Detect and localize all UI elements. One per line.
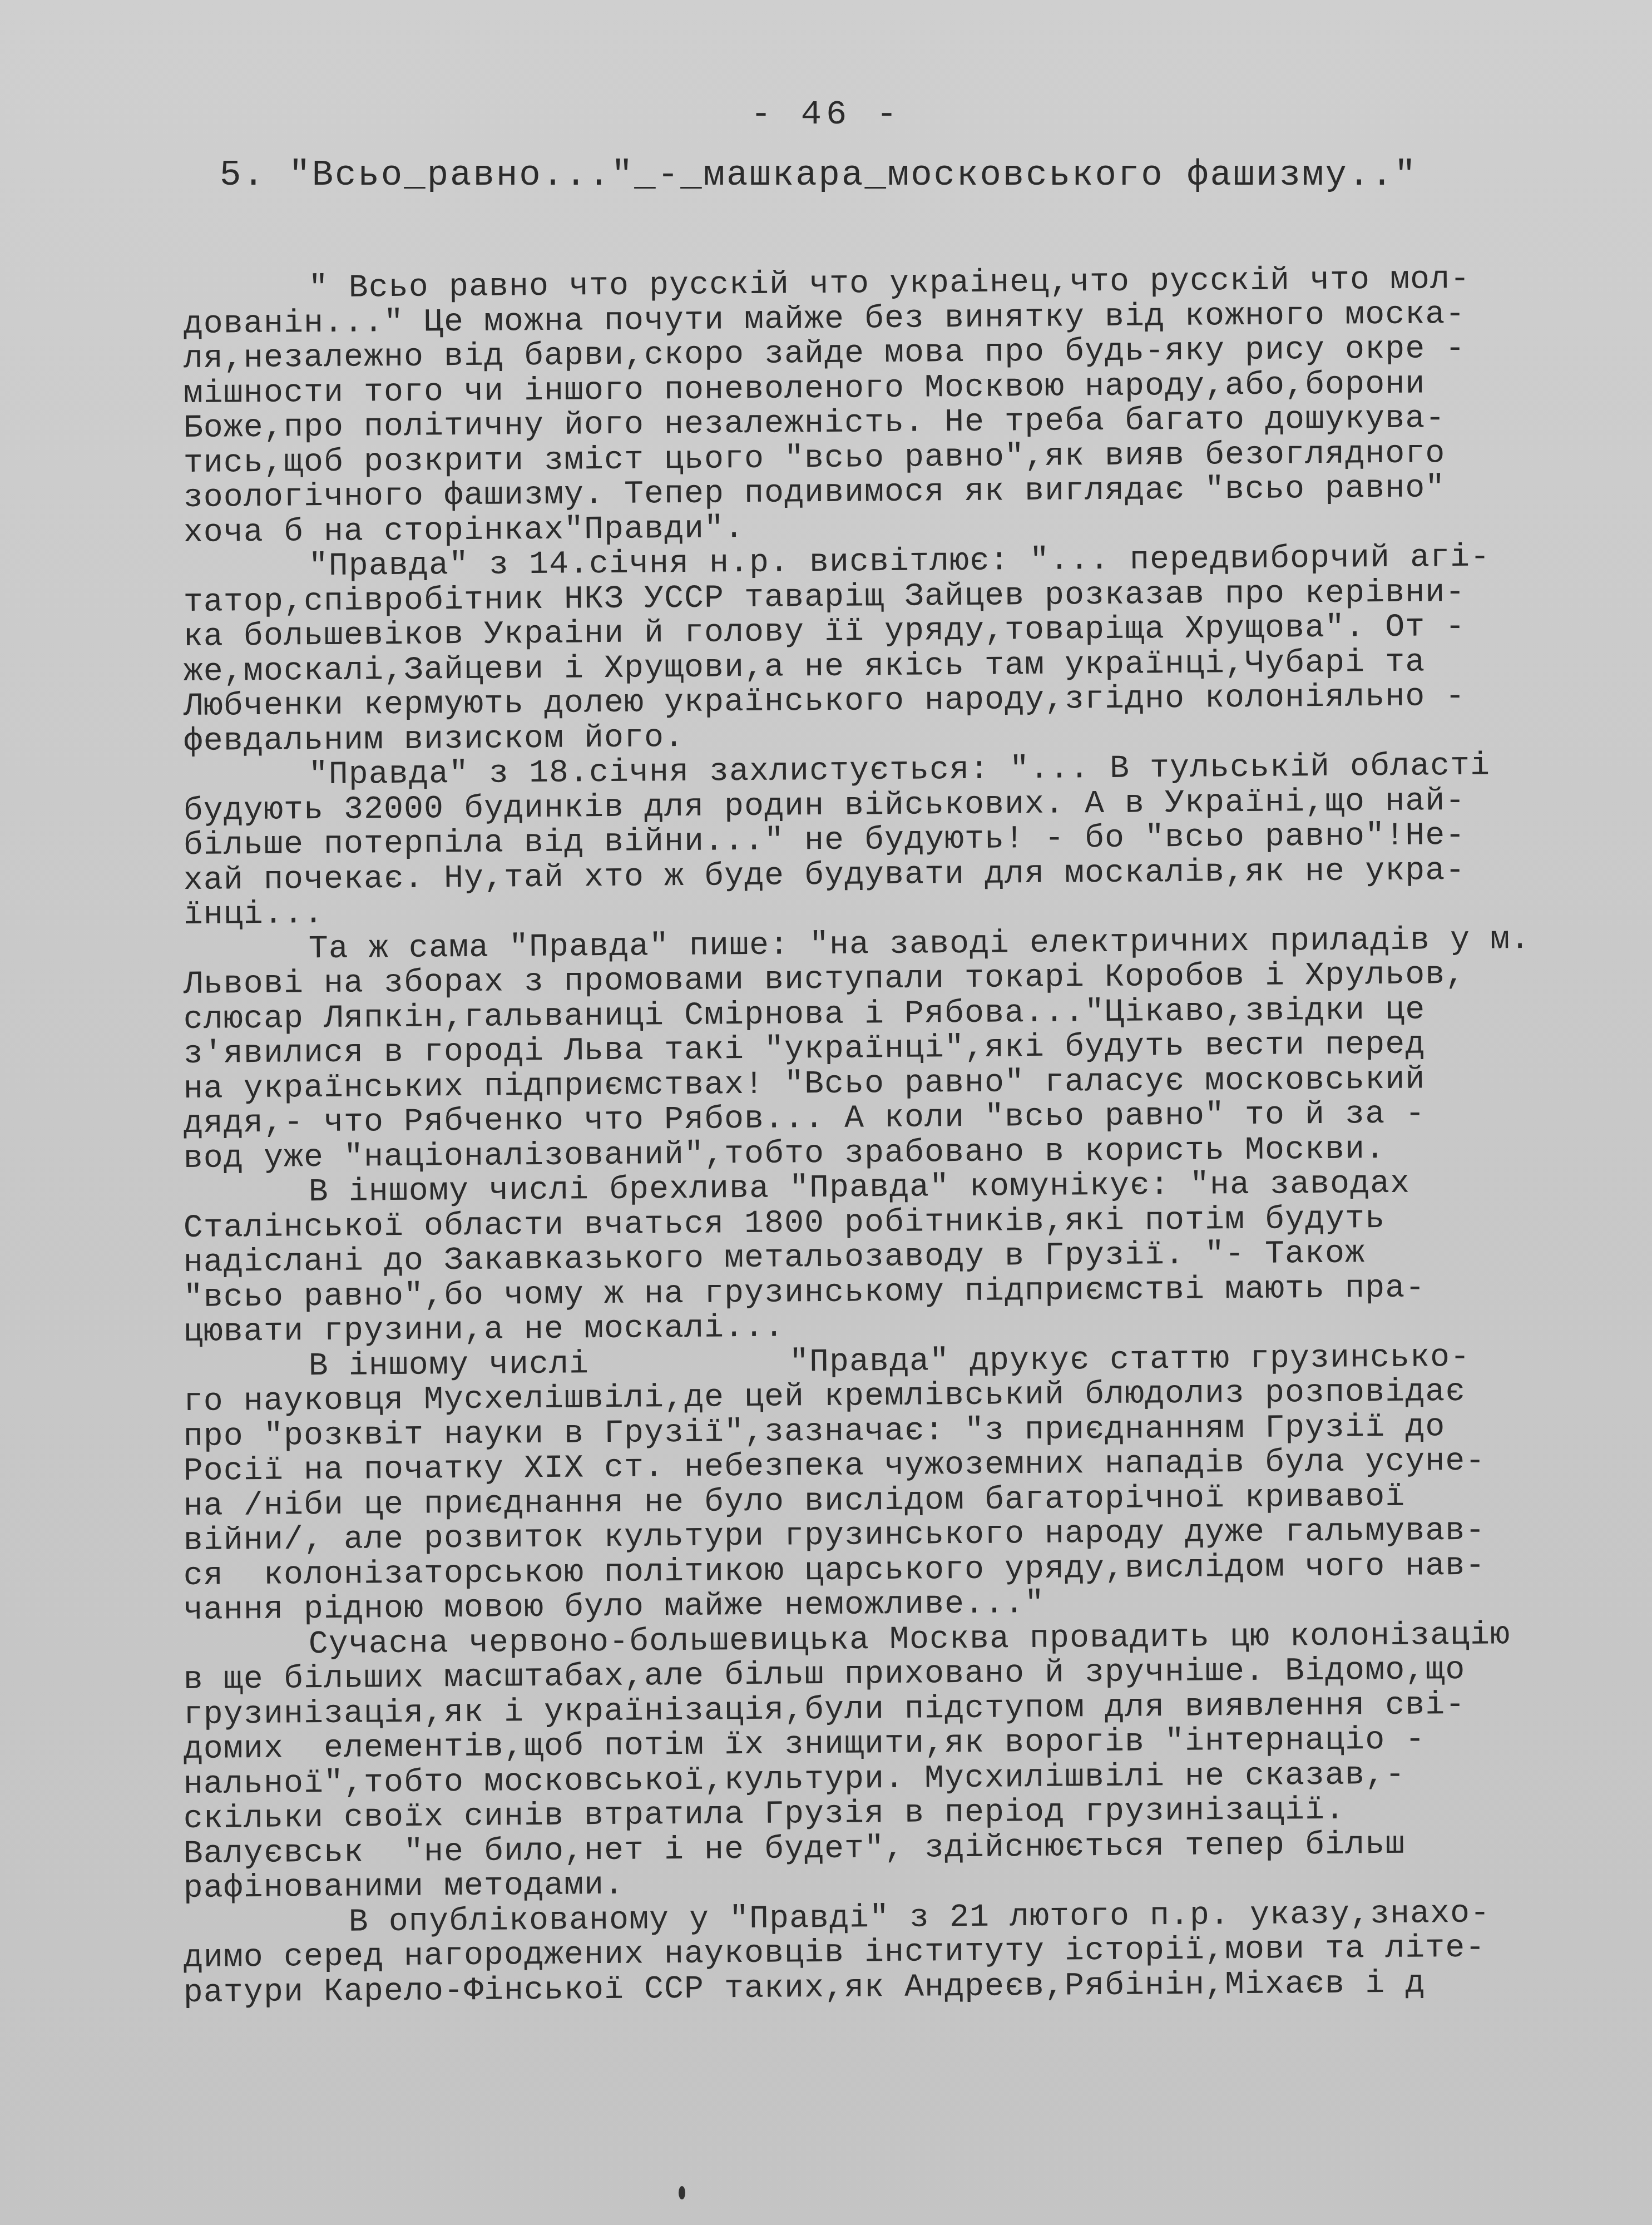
ink-spot	[679, 2186, 685, 2199]
typewritten-page: - 46 - 5. "Всьо_равно..."_-_машкара_моск…	[0, 0, 1652, 2225]
page-number: - 46 -	[0, 95, 1652, 134]
section-title: 5. "Всьо_равно..."_-_машкара_московськог…	[220, 156, 1417, 196]
body-text: " Всьо равно что русскій что украінец,чт…	[184, 273, 1563, 2011]
